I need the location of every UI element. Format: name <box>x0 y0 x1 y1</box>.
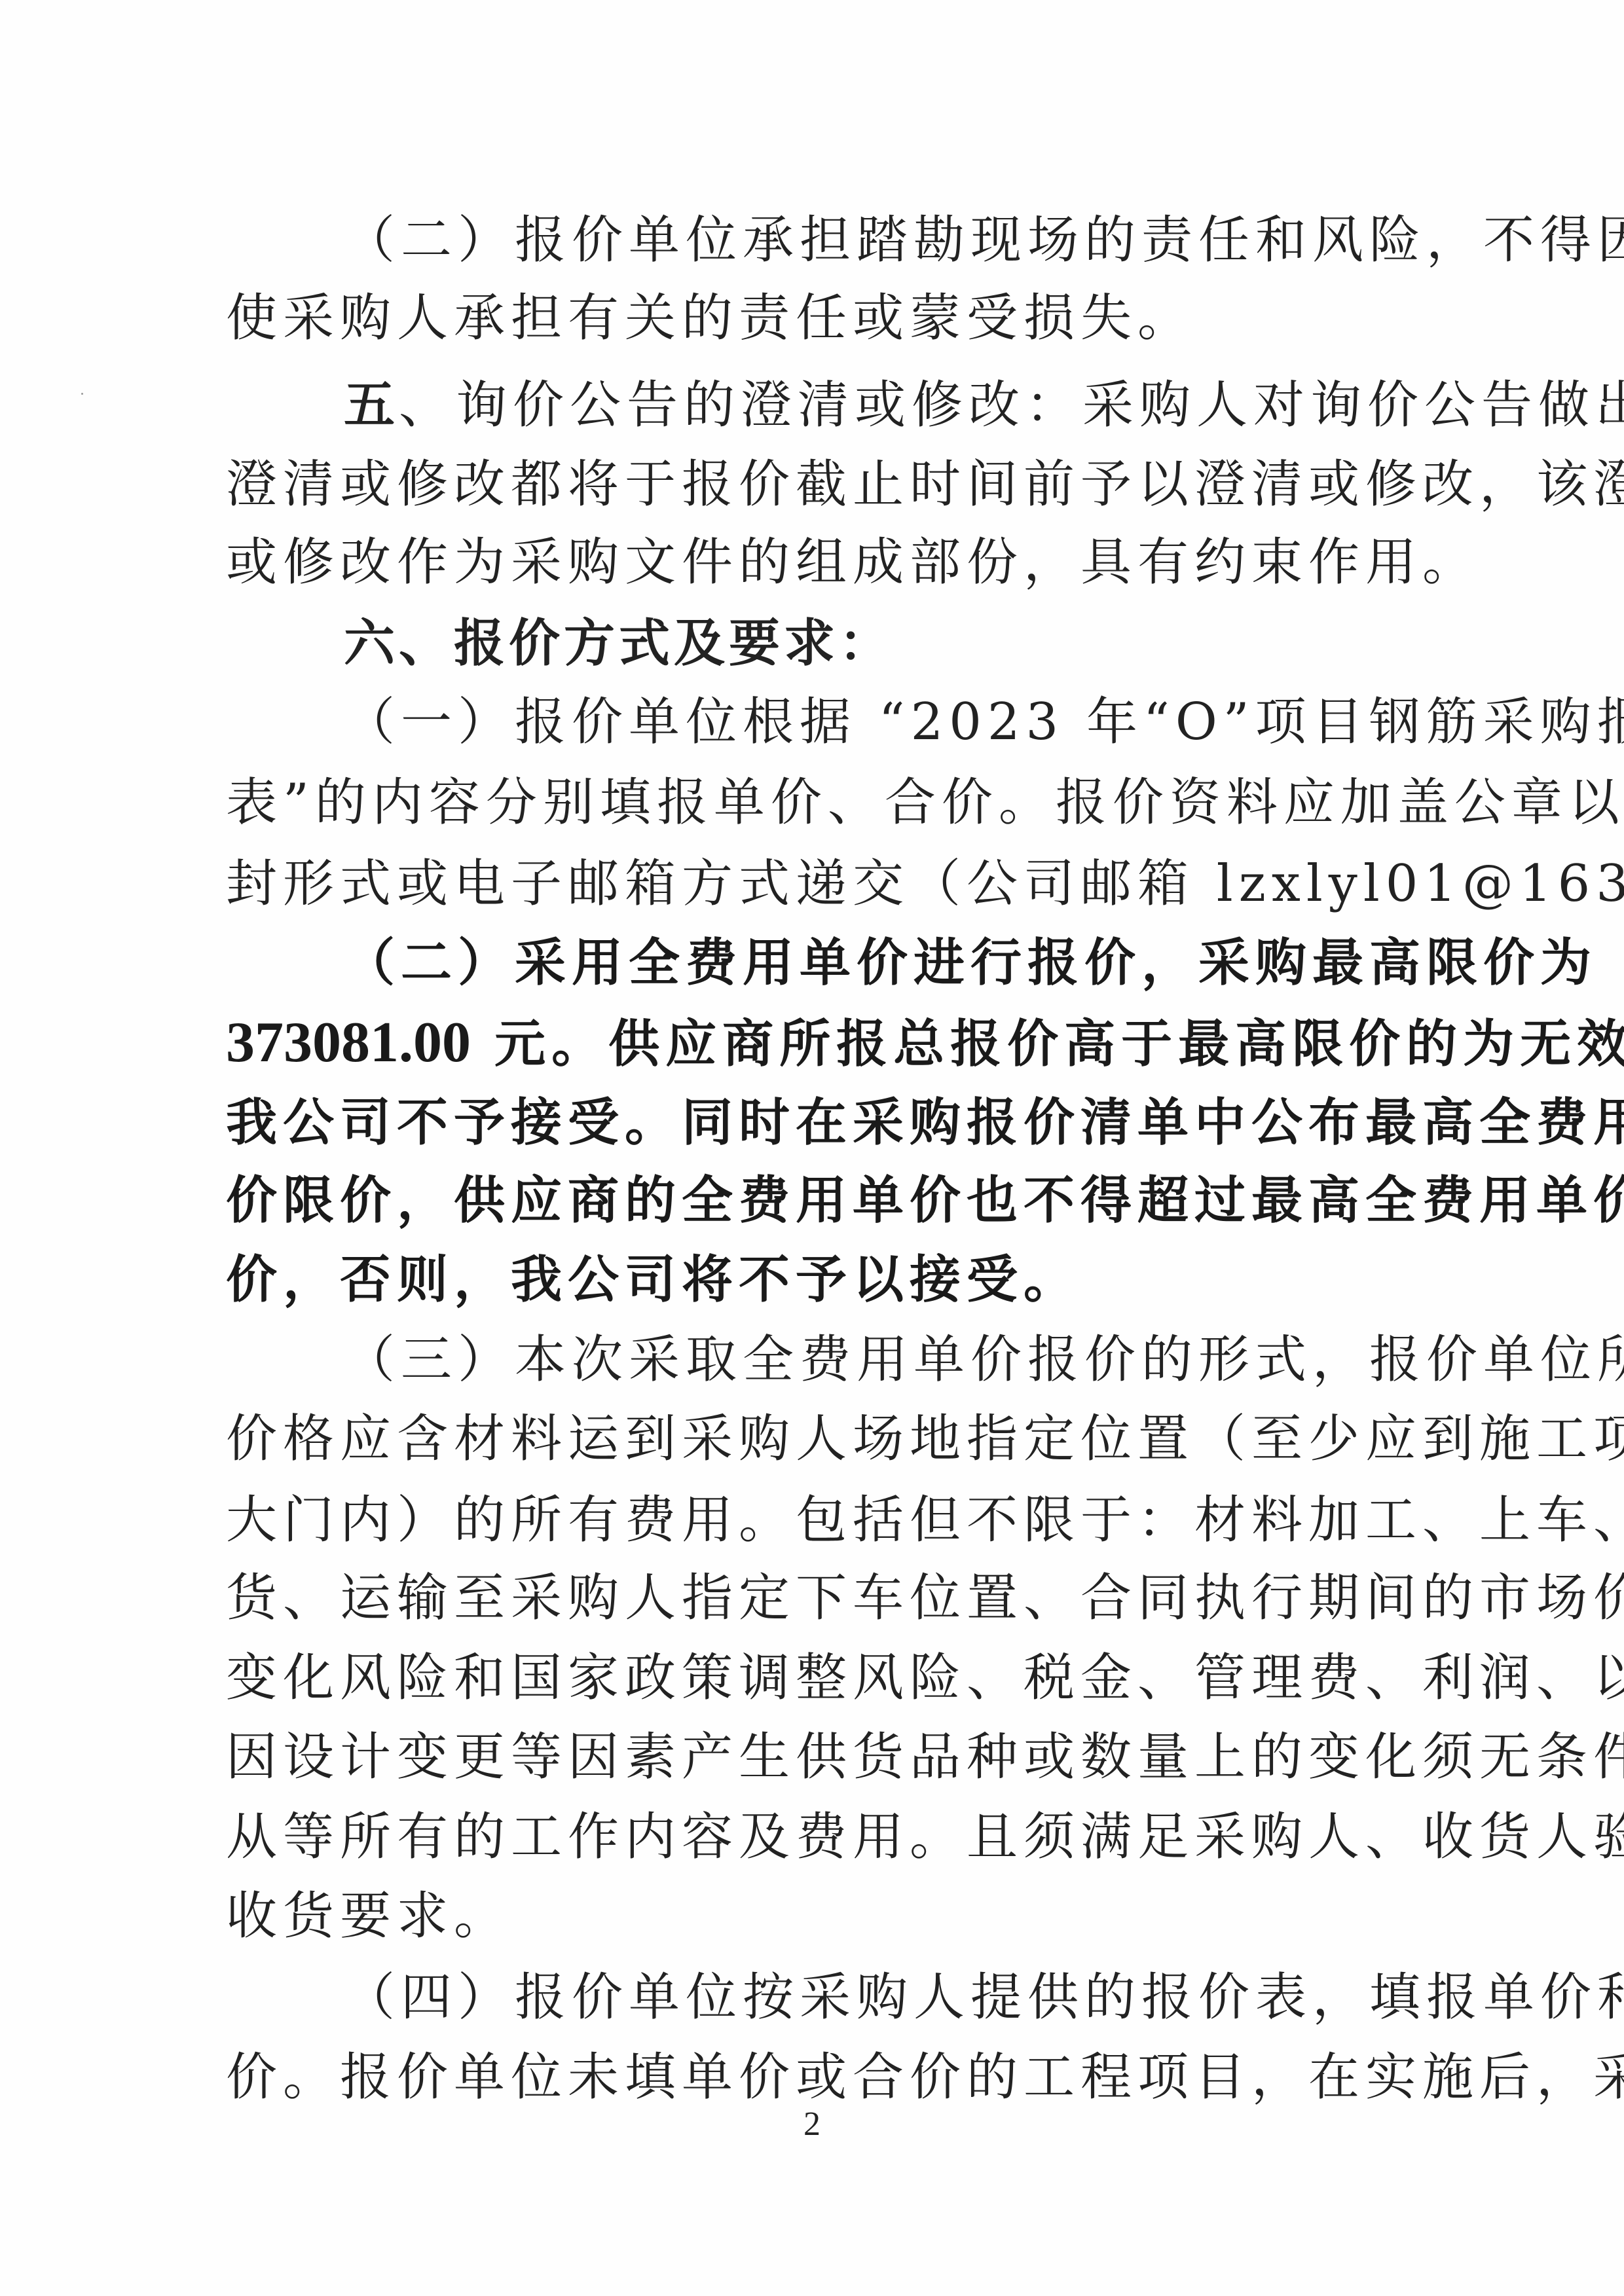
section-five-line: 五、询价公告的澄清或修改：采购人对询价公告做出的 <box>344 365 1352 445</box>
max-price-value: 373081.00 <box>226 1011 471 1074</box>
paragraph-line: 大门内）的所有费用。包括但不限于：材料加工、上车、发 <box>226 1480 1352 1560</box>
paragraph-line: （四）报价单位按采购人提供的报价表，填报单价和合 <box>344 1958 1352 2037</box>
paragraph-line-email: 封形式或电子邮箱方式递交（公司邮箱 lzxlyl01@163.com）。 <box>226 844 1352 924</box>
bold-paragraph-line: 价限价，供应商的全费用单价也不得超过最高全费用单价限 <box>226 1161 1352 1241</box>
paragraph-line: （一）报价单位根据 “2023 年“O”项目钢筋采购报价 <box>344 682 1352 762</box>
paragraph-line: 表”的内容分别填报单价、合价。报价资料应加盖公章以密 <box>226 763 1352 843</box>
bold-paragraph-line: 我公司不予接受。同时在采购报价清单中公布最高全费用单 <box>226 1083 1352 1163</box>
paragraph-line: （二）报价单位承担踏勘现场的责任和风险，不得因此 <box>344 200 1352 280</box>
scan-speck <box>81 393 83 395</box>
paragraph-line: 使采购人承担有关的责任或蒙受损失。 <box>226 278 1352 358</box>
paragraph-line: 价格应含材料运到采购人场地指定位置（至少应到施工项目 <box>226 1399 1352 1479</box>
paragraph-line: 澄清或修改都将于报价截止时间前予以澄清或修改，该澄清 <box>226 445 1352 524</box>
bold-line-text: 元。供应商所报总报价高于最高限价的为无效报价， <box>494 1014 1624 1074</box>
paragraph-line: 从等所有的工作内容及费用。且须满足采购人、收货人验货 <box>226 1797 1352 1877</box>
page-number: 2 <box>0 2105 1624 2143</box>
bold-paragraph-line: 373081.00 元。供应商所报总报价高于最高限价的为无效报价， <box>226 1003 1352 1083</box>
paragraph-line: 货、运输至采购人指定下车位置、合同执行期间的市场价格 <box>226 1558 1352 1638</box>
paragraph-line: 因设计变更等因素产生供货品种或数量上的变化须无条件服 <box>226 1717 1352 1797</box>
paragraph-line: 或修改作为采购文件的组成部份，具有约束作用。 <box>226 522 1352 602</box>
paragraph-line: 变化风险和国家政策调整风险、税金、管理费、利润、以及 <box>226 1638 1352 1718</box>
bold-paragraph-line: （二）采用全费用单价进行报价，采购最高限价为 <box>344 923 1352 1003</box>
paragraph-line: 收货要求。 <box>226 1876 1352 1956</box>
section-six-heading: 六、报价方式及要求： <box>344 604 1352 683</box>
paragraph-line: （三）本次采取全费用单价报价的形式，报价单位所报 <box>344 1320 1352 1400</box>
section-five-marker: 五 <box>344 376 399 435</box>
document-page: （二）报价单位承担踏勘现场的责任和风险，不得因此 使采购人承担有关的责任或蒙受损… <box>0 0 1624 2296</box>
section-five-text: 、询价公告的澄清或修改：采购人对询价公告做出的 <box>399 376 1624 435</box>
bold-paragraph-line: 价，否则，我公司将不予以接受。 <box>226 1240 1352 1320</box>
